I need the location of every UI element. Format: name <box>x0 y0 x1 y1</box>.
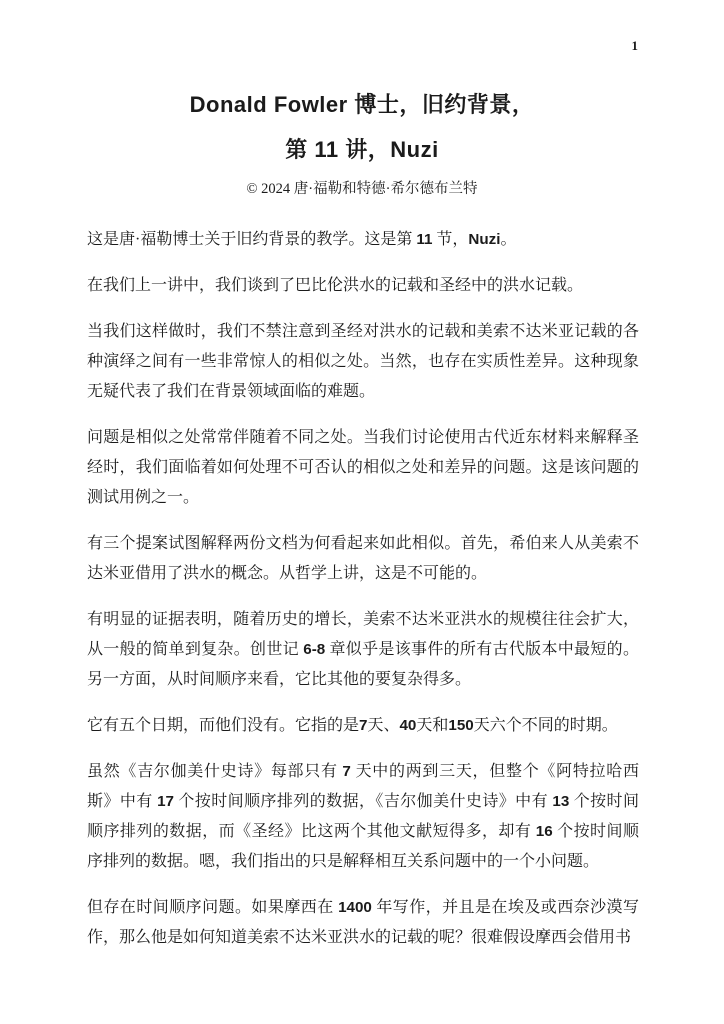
latin-text: 7 <box>359 717 367 734</box>
latin-text: 6-8 <box>303 641 325 658</box>
paragraph: 它有五个日期，而他们没有。它指的是7天、40天和150天六个不同的时期。 <box>87 711 639 741</box>
latin-text: Nuzi <box>468 231 500 248</box>
paragraph: 当我们这样做时，我们不禁注意到圣经对洪水的记载和美索不达米亚记载的各种演绎之间有… <box>87 317 639 407</box>
latin-text: 1400 <box>338 899 372 916</box>
page-number: 1 <box>632 38 639 54</box>
latin-text: 16 <box>536 823 553 840</box>
paragraph: 但存在时间顺序问题。如果摩西在 1400 年写作，并且是在埃及或西奈沙漠写作，那… <box>87 893 639 953</box>
latin-text: 40 <box>399 717 416 734</box>
paragraph: 有三个提案试图解释两份文档为何看起来如此相似。首先，希伯来人从美索不达米亚借用了… <box>87 529 639 589</box>
latin-text: 17 <box>157 793 174 810</box>
copyright-line: © 2024 唐·福勒和特德·希尔德布兰特 <box>0 180 724 198</box>
title-block: Donald Fowler 博士，旧约背景， 第 11 讲，Nuzi © 202… <box>0 0 724 198</box>
document-title-line-2: 第 11 讲，Nuzi <box>0 135 724 165</box>
paragraph: 虽然《吉尔伽美什史诗》每部只有 7 天中的两到三天，但整个《阿特拉哈西斯》中有 … <box>87 757 639 877</box>
paragraph: 有明显的证据表明，随着历史的增长，美索不达米亚洪水的规模往往会扩大，从一般的简单… <box>87 605 639 695</box>
latin-text: 150 <box>448 717 473 734</box>
paragraph: 这是唐·福勒博士关于旧约背景的教学。这是第 11 节，Nuzi。 <box>87 225 639 255</box>
document-title-line-1: Donald Fowler 博士，旧约背景， <box>0 90 724 120</box>
latin-text: 7 <box>342 763 350 780</box>
paragraph: 在我们上一讲中，我们谈到了巴比伦洪水的记载和圣经中的洪水记载。 <box>87 271 639 301</box>
latin-text: 11 <box>416 231 432 248</box>
paragraph: 问题是相似之处常常伴随着不同之处。当我们讨论使用古代近东材料来解释圣经时，我们面… <box>87 423 639 513</box>
latin-text: 13 <box>552 793 569 810</box>
document-page: 1 Donald Fowler 博士，旧约背景， 第 11 讲，Nuzi © 2… <box>0 0 724 1024</box>
document-body: 这是唐·福勒博士关于旧约背景的教学。这是第 11 节，Nuzi。在我们上一讲中，… <box>87 225 639 953</box>
